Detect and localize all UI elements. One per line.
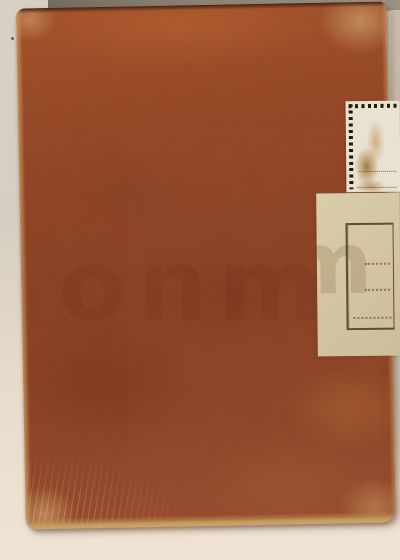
dotted-line	[353, 317, 391, 319]
ornamental-border-top	[349, 104, 400, 109]
dotted-line	[365, 263, 390, 265]
dotted-line	[365, 289, 390, 291]
ruled-box	[345, 223, 394, 330]
bookplate-label	[346, 101, 400, 193]
dust-speck	[11, 37, 14, 40]
ornamental-border-left	[349, 104, 354, 189]
library-label: m	[316, 193, 400, 357]
dotted-line	[357, 187, 396, 188]
dotted-line	[359, 171, 396, 172]
